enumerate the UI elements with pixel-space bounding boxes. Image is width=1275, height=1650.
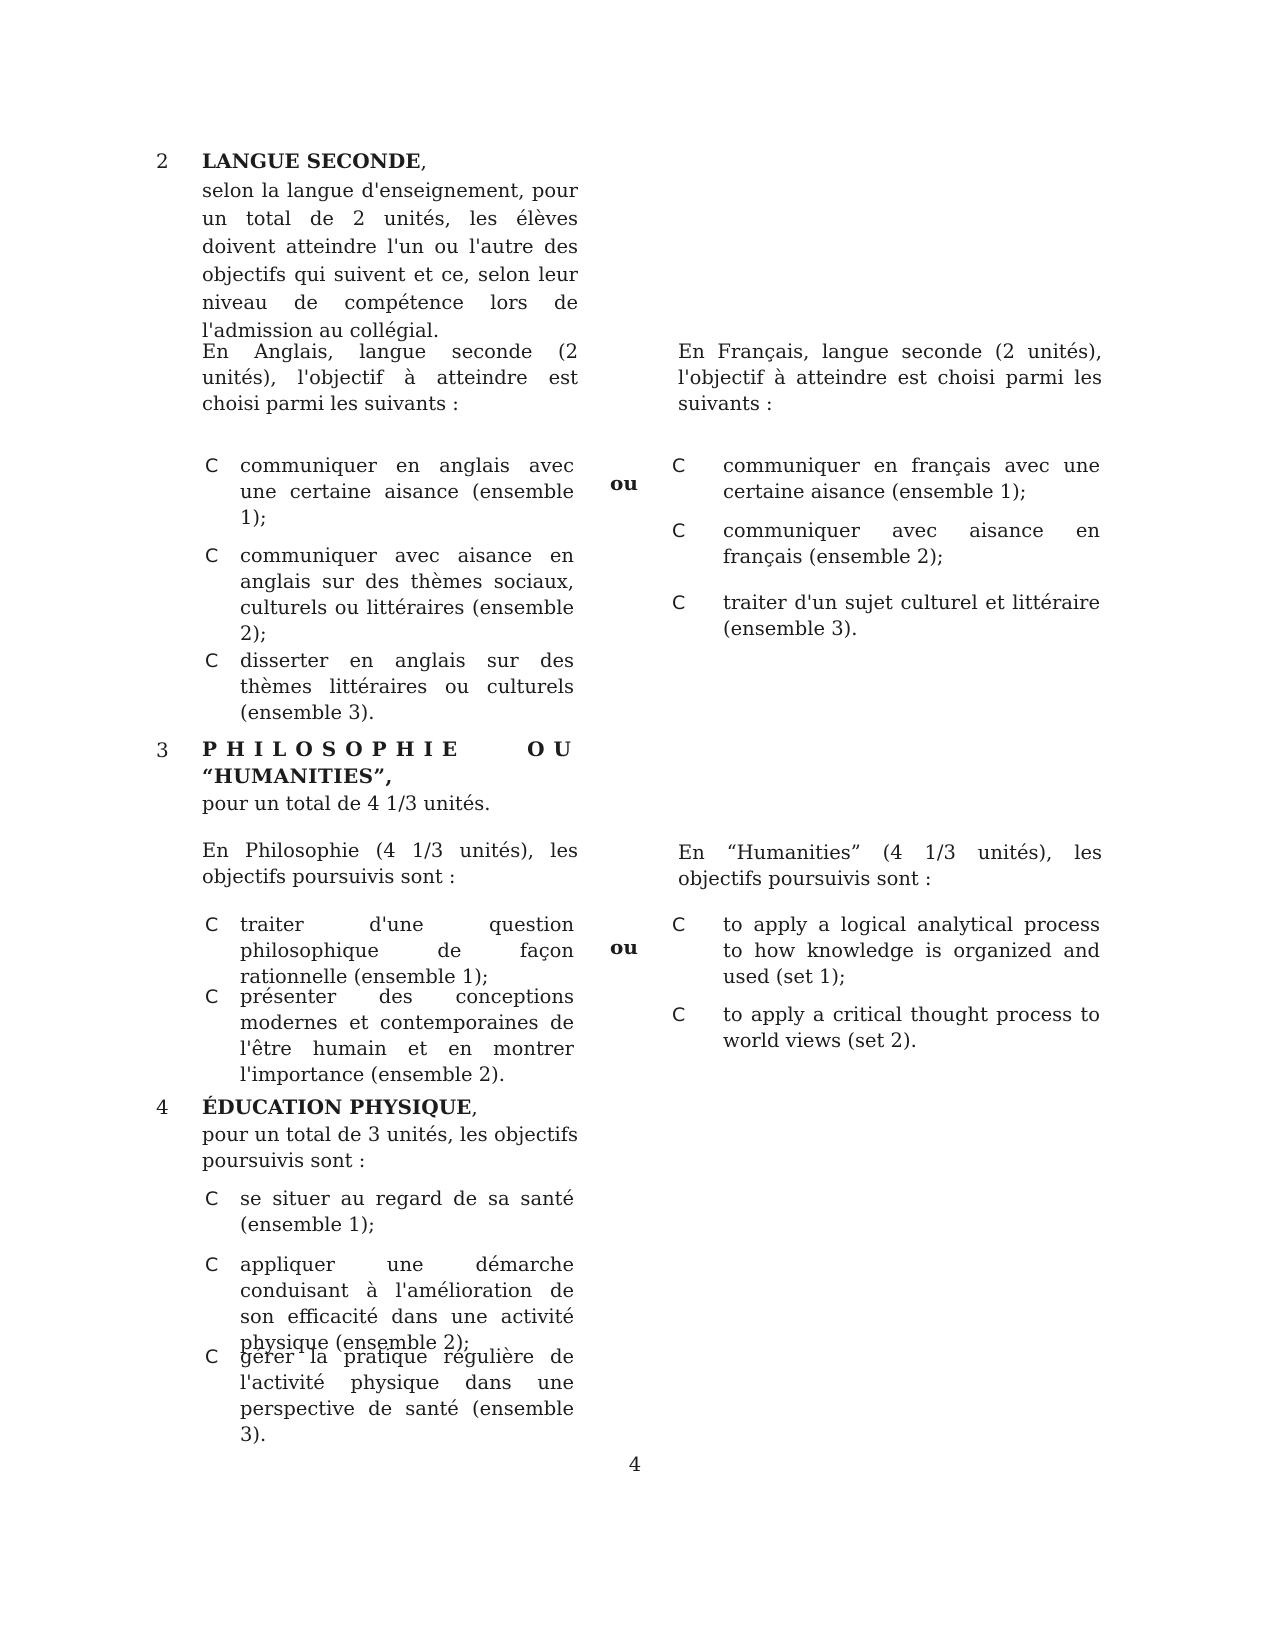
section-2-intro: selon la langue d'enseignement, pour un … <box>202 177 578 345</box>
francais-intro: En Français, langue seconde (2 unités), … <box>678 339 1102 417</box>
list-item: C disserter en anglais sur des thèmes li… <box>205 648 574 726</box>
list-item-text: communiquer avec aisance en français (en… <box>723 518 1100 570</box>
section-4-title-text: ÉDUCATION PHYSIQUE <box>202 1095 471 1119</box>
list-item-text: traiter d'une question philosophique de … <box>240 912 574 990</box>
list-item: C to apply a logical analytical process … <box>672 912 1100 990</box>
list-item: C gérer la pratique régulière de l'activ… <box>205 1344 574 1448</box>
section-2-title: LANGUE SECONDE, <box>202 148 427 174</box>
or-connector-2: ou <box>610 934 638 960</box>
intro-prefix: En <box>202 839 245 862</box>
bullet-icon: C <box>672 912 685 938</box>
title-word-ou: OU <box>527 736 580 762</box>
bullet-icon: C <box>205 453 218 479</box>
bullet-icon: C <box>205 912 218 938</box>
list-item-text: to apply a logical analytical process to… <box>723 912 1100 990</box>
list-item-text: communiquer en anglais avec une certaine… <box>240 453 574 531</box>
list-item: C présenter des conceptions modernes et … <box>205 984 574 1088</box>
humanities-intro: En “Humanities” (4 1/3 unités), les obje… <box>678 840 1102 892</box>
bullet-icon: C <box>672 518 685 544</box>
anglais-intro: En Anglais, langue seconde (2 unités), l… <box>202 339 578 417</box>
section-2-title-text: LANGUE SECONDE <box>202 149 421 173</box>
or-connector-1: ou <box>610 470 638 496</box>
philosophie-intro: En Philosophie (4 1/3 unités), les objec… <box>202 838 578 890</box>
section-3-number: 3 <box>156 737 169 763</box>
bullet-icon: C <box>672 590 685 616</box>
bullet-icon: C <box>672 1002 685 1028</box>
list-item-text: appliquer une démarche conduisant à l'am… <box>240 1252 574 1356</box>
course-name-francais: Français, langue seconde <box>717 340 982 363</box>
list-item: C communiquer avec aisance en français (… <box>672 518 1100 570</box>
list-item-text: traiter d'un sujet culturel et littérair… <box>723 590 1100 642</box>
bullet-icon: C <box>205 1344 218 1370</box>
list-item: C traiter d'un sujet culturel et littéra… <box>672 590 1100 642</box>
intro-prefix: En <box>678 340 717 363</box>
title-comma: , <box>471 1095 477 1119</box>
list-item: C appliquer une démarche conduisant à l'… <box>205 1252 574 1356</box>
list-item: C communiquer en anglais avec une certai… <box>205 453 574 531</box>
bullet-icon: C <box>205 1186 218 1212</box>
list-item-text: to apply a critical thought process to w… <box>723 1002 1100 1054</box>
section-4-title: ÉDUCATION PHYSIQUE, <box>202 1094 478 1120</box>
list-item-text: gérer la pratique régulière de l'activit… <box>240 1344 574 1448</box>
course-name-anglais: Anglais, langue seconde <box>254 340 532 363</box>
section-3-subtitle: pour un total de 4 1/3 unités. <box>202 791 490 817</box>
course-name-humanities: “Humanities” <box>727 841 861 864</box>
list-item: C to apply a critical thought process to… <box>672 1002 1100 1054</box>
page-number: 4 <box>610 1452 660 1478</box>
list-item-text: se situer au regard de sa santé (ensembl… <box>240 1186 574 1238</box>
list-item-text: communiquer en français avec une certain… <box>723 453 1100 505</box>
section-3-title-line-1: PHILOSOPHIE OU <box>202 736 580 762</box>
list-item: C communiquer avec aisance en anglais su… <box>205 543 574 647</box>
section-3-title-line-2: “HUMANITIES”, <box>202 763 393 789</box>
bullet-icon: C <box>205 543 218 569</box>
title-comma: , <box>421 149 427 173</box>
list-item: C traiter d'une question philosophique d… <box>205 912 574 990</box>
list-item-text: communiquer avec aisance en anglais sur … <box>240 543 574 647</box>
document-page: 2 LANGUE SECONDE, selon la langue d'ense… <box>0 0 1275 1650</box>
title-word-philosophie: PHILOSOPHIE <box>202 736 466 762</box>
section-4-number: 4 <box>156 1094 169 1120</box>
list-item: C se situer au regard de sa santé (ensem… <box>205 1186 574 1238</box>
bullet-icon: C <box>205 1252 218 1278</box>
bullet-icon: C <box>672 453 685 479</box>
course-name-philosophie: Philosophie <box>245 839 359 862</box>
section-4-intro: pour un total de 3 unités, les objectifs… <box>202 1122 578 1174</box>
list-item: C communiquer en français avec une certa… <box>672 453 1100 505</box>
intro-prefix: En <box>678 841 727 864</box>
bullet-icon: C <box>205 648 218 674</box>
section-2-number: 2 <box>156 148 169 174</box>
intro-prefix: En <box>202 340 254 363</box>
bullet-icon: C <box>205 984 218 1010</box>
list-item-text: disserter en anglais sur des thèmes litt… <box>240 648 574 726</box>
list-item-text: présenter des conceptions modernes et co… <box>240 984 574 1088</box>
